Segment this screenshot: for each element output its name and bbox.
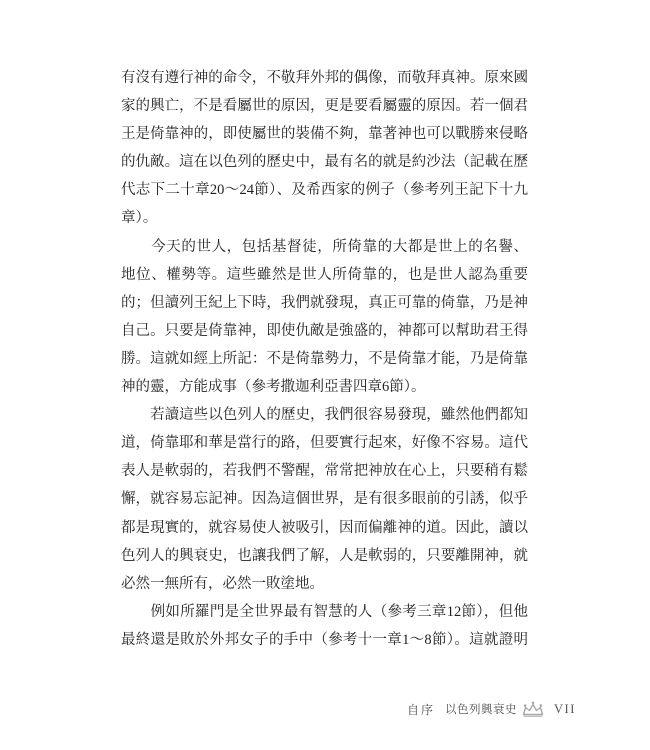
text-line: 例如所羅門是全世界最有智慧的人（參考三章12節），但他: [121, 598, 528, 626]
text-line: 的；但讀列王紀上下時，我們就發現，真正可靠的倚靠，乃是神: [121, 289, 528, 317]
text-line: 有沒有遵行神的命令，不敬拜外邦的偶像，而敬拜真神。原來國: [121, 64, 528, 92]
text-line: 都是現實的，就容易使人被吸引，因而偏離神的道。因此，讀以: [121, 514, 528, 542]
text-line: 懈，就容易忘記神。因為這個世界，是有很多眼前的引誘，似乎: [121, 485, 528, 513]
text-line: 必然一無所有，必然一敗塗地。: [121, 570, 528, 598]
text-line: 色列人的興衰史，也讓我們了解，人是軟弱的，只要離開神，就: [121, 542, 528, 570]
text-line: 的仇敵。這在以色列的歷史中，最有名的就是約沙法（記載在歷: [121, 148, 528, 176]
text-line: 若讀這些以色列人的歷史，我們很容易發現，雖然他們都知: [121, 401, 528, 429]
text-line: 今天的世人，包括基督徒，所倚靠的大都是世上的名譽、: [121, 233, 528, 261]
text-line: 最終還是敗於外邦女子的手中（參考十一章1～8節）。這就證明: [121, 626, 528, 654]
text-line: 代志下二十章20～24節）、及希西家的例子（參考列王記下十九: [121, 176, 528, 204]
footer-page-number: VII: [554, 702, 576, 717]
text-line: 道，倚靠耶和華是當行的路，但要實行起來，好像不容易。這代: [121, 429, 528, 457]
text-line: 王是倚靠神的，即使屬世的裝備不夠，靠著神也可以戰勝來侵略: [121, 120, 528, 148]
body-text: 有沒有遵行神的命令，不敬拜外邦的偶像，而敬拜真神。原來國家的興亡，不是看屬世的原…: [121, 64, 528, 654]
footer-section-label: 自序: [407, 701, 435, 718]
text-line: 自己。只要是倚靠神，即使仇敵是強盛的，神都可以幫助君王得: [121, 317, 528, 345]
page-footer: 自序 以色列興衰史 VII: [407, 698, 576, 720]
footer-book-title: 以色列興衰史: [445, 701, 517, 717]
text-line: 勝。這就如經上所記：不是倚靠勢力，不是倚靠才能，乃是倚靠: [121, 345, 528, 373]
book-page: 有沒有遵行神的命令，不敬拜外邦的偶像，而敬拜真神。原來國家的興亡，不是看屬世的原…: [0, 0, 650, 750]
crown-icon: [520, 700, 546, 718]
text-line: 地位、權勢等。這些雖然是世人所倚靠的，也是世人認為重要: [121, 261, 528, 289]
text-line: 家的興亡，不是看屬世的原因，更是要看屬靈的原因。若一個君: [121, 92, 528, 120]
text-line: 神的靈，方能成事（參考撒迦利亞書四章6節）。: [121, 373, 528, 401]
text-line: 表人是軟弱的，若我們不警醒，常常把神放在心上，只要稍有鬆: [121, 457, 528, 485]
text-line: 章）。: [121, 204, 528, 232]
